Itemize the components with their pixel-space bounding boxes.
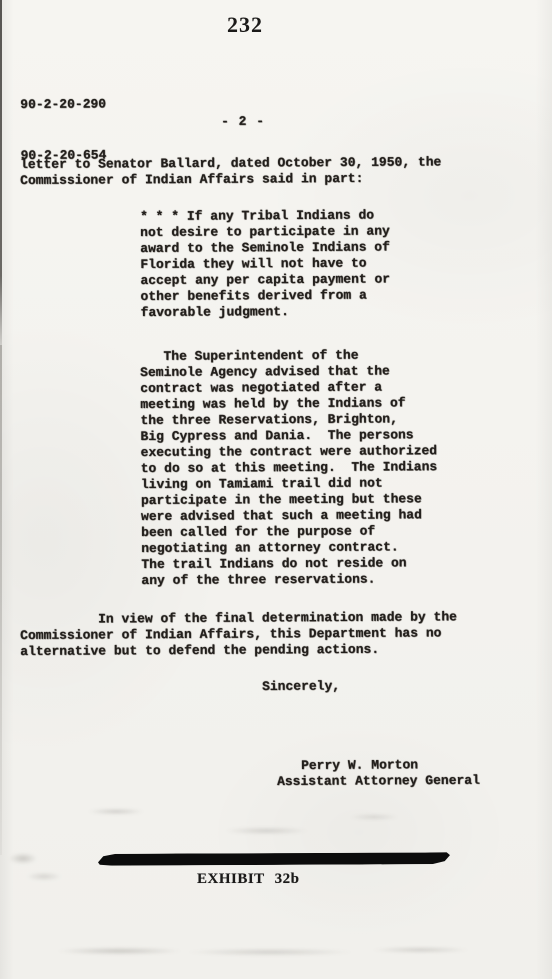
intro-paragraph: letter to Senator Ballard, dated October… <box>20 154 441 189</box>
valediction: Sincerely, <box>262 679 340 695</box>
file-number-1: 90-2-20-290 <box>20 95 106 113</box>
scan-edge-line <box>0 0 2 345</box>
exhibit-label: EXHIBIT 32b <box>197 871 300 888</box>
block-quote-2: The Superintendent of the Seminole Agenc… <box>140 347 438 589</box>
exhibit-separator-bar <box>98 852 450 866</box>
scan-smudge <box>2 845 72 890</box>
signature-name: Perry W. Morton <box>301 757 418 774</box>
signature-title: Assistant Attorney General <box>277 773 480 790</box>
scan-smudge <box>55 940 485 962</box>
scan-edge-line-faint <box>0 345 2 855</box>
closing-paragraph: In view of the final determination made … <box>20 609 457 660</box>
page-number: 232 <box>227 12 263 38</box>
page-marker: - 2 - <box>221 114 265 130</box>
scan-smudge <box>30 795 460 850</box>
block-quote-1: * * * If any Tribal Indians do not desir… <box>140 207 390 321</box>
scanned-letter-page: 232 90-2-20-290 90-2-20-654 - 2 - letter… <box>0 0 552 979</box>
